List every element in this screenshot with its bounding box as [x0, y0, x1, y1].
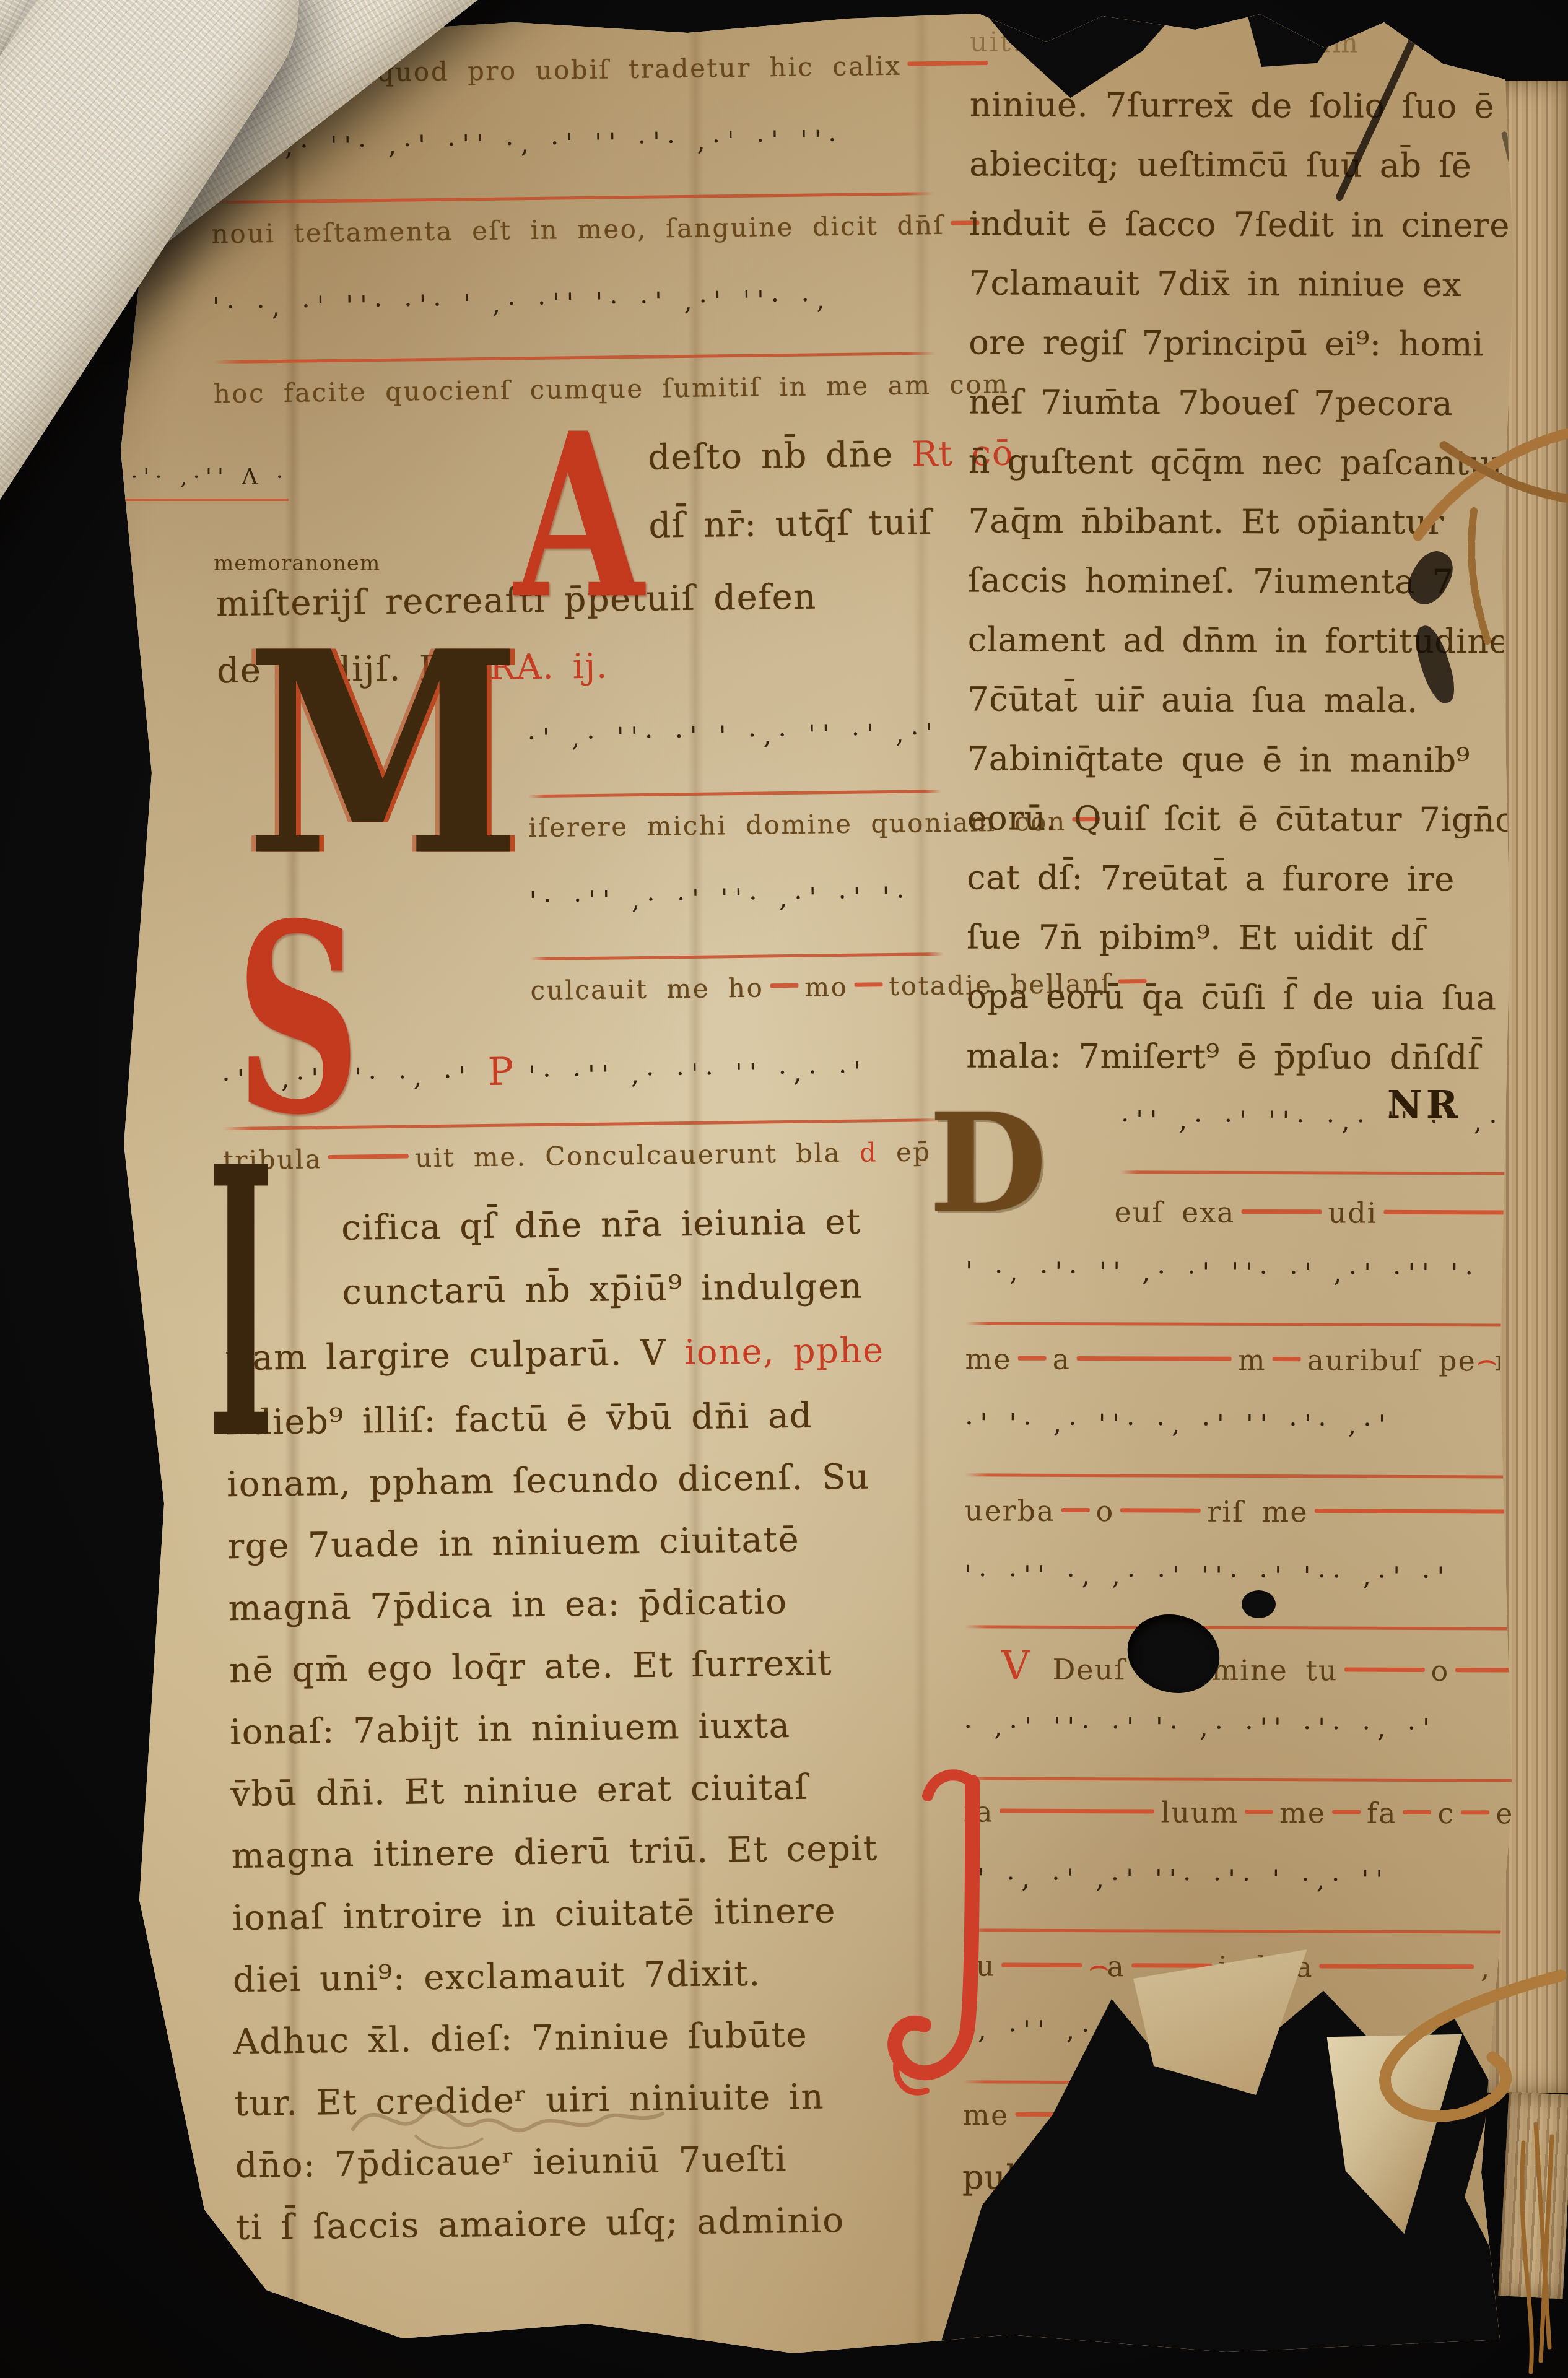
text-span: '' ·, ·' ,·' ''· ·'· ' ·,· '' [964, 1863, 1390, 1894]
binding-cord-lower [1331, 1938, 1568, 2378]
text-span: a [1052, 1343, 1071, 1376]
text-span: ⌢ [1088, 1947, 1107, 1984]
neume-line: ·' ,· ''· ·' ' ·,· '' ·' ,·' [527, 709, 949, 812]
text-line: ſue 7n̄ pibim⁹. Et uidit dſ̄ [967, 917, 1543, 978]
text-span: ep̄ [878, 1136, 931, 1167]
text-span: nē qm̄ ego loq̄r ate. Et ſurrexit [229, 1643, 833, 1691]
text-line: ionaſ: 7abijt in niniuem iuxta [230, 1704, 961, 1774]
staff-filler [854, 982, 882, 987]
text-line: ti ſ̄ ſaccis amaiore uſq; adminio [236, 2199, 967, 2270]
text-span: ore regiſ 7principū ei⁹: homi [969, 323, 1484, 364]
text-line: ionaſ introire in ciuitatē itinere [232, 1889, 964, 1960]
text-span: 7clamauit 7dix̄ in niniue ex [969, 263, 1462, 304]
photo-background: se corpus quod pro uobiſ tradetur hic ca… [0, 0, 1568, 2378]
text-span: 7abiniq̄tate que ē in manib⁹ [967, 739, 1470, 780]
text-span: magnā 7p̄dica in ea: p̄dicatio [228, 1582, 788, 1629]
text-span: ' ·, ·'· '' ,· ·' ''· ·' ,·' ·'' '· [965, 1256, 1480, 1288]
initial-A: A [514, 403, 644, 629]
text-line: niniue. 7ſurrex̄ de ſolio ſuo ē 7 [970, 85, 1546, 146]
staff-filler [1245, 1810, 1273, 1814]
text-line: rge 7uade in niniuem ciuitatē [227, 1518, 959, 1588]
text-span: culcauit me ho [530, 973, 764, 1006]
text-span: ionaſ introire in ciuitatē itinere [232, 1891, 837, 1938]
text-span: deſto nb̄ dn̄e [648, 435, 912, 478]
text-span: tiam largire culparū. V [225, 1333, 684, 1378]
text-span: eorū. Quiſ ſcit ē c̄ūtatur 7ign̄o [967, 798, 1516, 839]
text-span: mala: 7miſert⁹ ē p̄pſuo dn̄ſdſ̄ [966, 1036, 1480, 1077]
text-line: noui teſtamenta eſt in meo, ſanguine dic… [211, 210, 943, 283]
text-span: ⌢ [1476, 1341, 1495, 1378]
text-span: ionaſ: 7abijt in niniuem iuxta [230, 1705, 791, 1753]
staff-filler [1242, 1209, 1322, 1214]
text-line: culcauit me homototadie bellanſ [530, 970, 952, 1040]
text-span: fa [1367, 1797, 1397, 1830]
text-line: dſ̄ nr̄: utq̄ſ tuiſ [648, 502, 946, 579]
text-line: cunctarū nb̄ xp̄iū⁹ indulgen [342, 1265, 956, 1337]
text-span: cifica qſ̄ dn̄e nr̄a ieiunia et [341, 1202, 861, 1248]
text-line: uerbaoriſ me⌢⌢⌢⌢ [965, 1491, 1541, 1553]
text-line: 7abiniq̄tate que ē in manib⁹ [967, 739, 1543, 800]
neume-line: '· ·, ·' ''· ·'· ' ,· ·'' '· ·' ,·' ''· … [212, 274, 944, 378]
manuscript-page: se corpus quod pro uobiſ tradetur hic ca… [81, 5, 1523, 2362]
text-span: uit me. Conculcauerunt bla [415, 1138, 860, 1174]
staff-filler [770, 983, 798, 988]
neume-line: '' ·, ·' ,·' ''· ·'· ' ·,· '' [963, 1854, 1540, 1948]
staff-filler [1120, 1508, 1201, 1512]
neume-line: · ,·' ''· ·' '· ,· ·'' ·'· ·, ·' [964, 1702, 1540, 1797]
text-line: 7c̄ūtat̄ uir̄ auia ſua mala. [967, 679, 1543, 741]
neume-line: ·' '· ,· ''· ·, ·' '' ·'· ,·' [965, 1399, 1541, 1493]
text-span: V [1001, 1644, 1053, 1689]
text-span: ione, pphe [684, 1330, 884, 1373]
text-span: uerba [965, 1494, 1055, 1528]
text-line: ore regiſ 7principū ei⁹: homi [969, 323, 1544, 384]
text-span: m [1238, 1343, 1266, 1377]
text-span: luum [1161, 1795, 1239, 1829]
staff-filler [1273, 1357, 1301, 1361]
text-line: 7clamauit 7dix̄ in niniue ex [969, 263, 1545, 324]
text-span: cat dſ̄: 7reūtat̄ a furore ire [967, 858, 1455, 899]
text-span: induit ē ſacco 7ſedit in cinere [969, 204, 1510, 245]
text-span: udi [1328, 1196, 1377, 1229]
text-span: niniue. 7ſurrex̄ de ſolio ſuo ē 7 [970, 85, 1533, 126]
initial-M: M [245, 615, 521, 894]
text-line: V Deuſ innomine tuo [1001, 1644, 1540, 1705]
text-span: 7aq̄m n̄bibant. Et op̄iantur [968, 501, 1444, 542]
text-span: magna itinere dierū triū. Et cepit [231, 1828, 878, 1876]
initial-long-s: ʃ [93, 1318, 138, 1631]
initial-J-flourish [879, 1764, 1022, 2135]
margin-neums: · ·'· ,·'' Λ · [105, 466, 289, 501]
staff-filler [1077, 1356, 1232, 1361]
text-span: v̄bū dn̄i. Et niniue erat ciuitaſ [230, 1767, 809, 1814]
staff-filler [1018, 1356, 1047, 1361]
text-span: cunctarū nb̄ xp̄iū⁹ indulgen [342, 1266, 863, 1313]
text-span: neſ 7ium̄ta 7boueſ 7pecora [969, 382, 1453, 423]
staff-filler [1000, 1809, 1155, 1814]
text-span: ·' ,· ''· ·' ' ·,· '' ·' ,·' [527, 718, 939, 753]
text-span: me [965, 1342, 1012, 1375]
text-line: abiecitq; ueſtimc̄ū ſuū ab̄ ſē [969, 144, 1545, 206]
text-span: riſ me [1207, 1495, 1308, 1529]
text-span: rge 7uade in niniuem ciuitatē [227, 1520, 799, 1567]
text-line: magnā 7p̄dica in ea: p̄dicatio [228, 1580, 959, 1650]
neume-line: '· ·'' ,· ·' ''· ,·' ·' '· [529, 872, 951, 975]
text-span: · ,·' ''· ·' '· ,· ·'' ·'· ·, ·' [964, 1711, 1437, 1743]
text-span: opa eorū q̄a c̄ūſi ſ̄ de uia ſua [967, 977, 1497, 1017]
text-span: me [1279, 1796, 1326, 1829]
text-line: cifica qſ̄ dn̄e nr̄a ieiunia et [341, 1201, 955, 1273]
initial-D: D [929, 1095, 1047, 1231]
text-span: ndieb⁹ illiſ: factū ē v̄bū dn̄i ad [226, 1396, 813, 1444]
label-NR: NR [1387, 1086, 1461, 1124]
text-span: euſ exa [1114, 1195, 1235, 1229]
text-line: induit ē ſacco 7ſedit in cinere [969, 204, 1545, 265]
staff-filler [1131, 1963, 1212, 1967]
neume-line: ·'' ,· ·' ''· ·,· '' ·' ,·' ·'· [1121, 1096, 1543, 1190]
staff-filler [1344, 1668, 1424, 1672]
text-line: cat dſ̄: 7reūtat̄ a furore ire [967, 858, 1543, 919]
text-span: '· ·'' ,· ·' ''· ,·' ·' '· [529, 881, 912, 917]
text-line: nē qm̄ ego loq̄r ate. Et ſurrexit [229, 1642, 960, 1712]
text-line: ionam, ppham ſecundo dicenſ. Su [227, 1456, 958, 1527]
text-line: diei uni⁹: exclamauit 7dixit. [233, 1951, 964, 2022]
text-span: c [1437, 1797, 1455, 1830]
neume-line: ' ·, ·'· '' ,· ·' ''· ·' ,·' ·'' '· [965, 1247, 1542, 1341]
text-span: Adhuc x̄l. dieſ: 7niniue ſubūte [233, 2015, 808, 2062]
initial-I: I [207, 1120, 274, 1490]
text-line: opa eorū q̄a c̄ūſi ſ̄ de uia ſua [966, 977, 1542, 1038]
text-span: ſue 7n̄ pibim⁹. Et uidit dſ̄ [967, 917, 1425, 958]
text-span: o [1431, 1654, 1449, 1688]
text-span: d [860, 1137, 878, 1167]
text-line: tiam largire culparū. V ione, pphe [225, 1330, 956, 1403]
text-line: eorū. Quiſ ſcit ē c̄ūtatur 7ign̄o [967, 798, 1543, 860]
staff-filler [1403, 1810, 1431, 1814]
staff-filler [1461, 1810, 1489, 1814]
text-span: ·' '· ,· ''· ·, ·' '' ·'· ,·' [965, 1408, 1392, 1439]
parchment-hole [1242, 1590, 1276, 1618]
text-line: ſaluummefacet inuirtute [964, 1795, 1540, 1856]
text-span: diei uni⁹: exclamauit 7dixit. [233, 1954, 761, 2000]
binding-cord-upper [1381, 396, 1568, 669]
text-line: deſto nb̄ dn̄e Rt cō [648, 434, 946, 506]
text-span: P [487, 1048, 514, 1094]
text-line: iſerere michi domine quoniam con [528, 808, 950, 877]
text-line: magna itinere dierū triū. Et cepit [231, 1827, 962, 1898]
margin-note: memoranonem [214, 553, 380, 574]
text-line: ndieb⁹ illiſ: factū ē v̄bū dn̄i ad [226, 1394, 957, 1465]
text-line: v̄bū dn̄i. Et niniue erat ciuitaſ [230, 1766, 962, 1836]
text-span: o [1095, 1494, 1114, 1528]
text-span: ti ſ̄ ſaccis amaiore uſq; adminio [236, 2200, 845, 2248]
staff-filler [1332, 1810, 1361, 1814]
text-span: abiecitq; ueſtimc̄ū ſuū ab̄ ſē [969, 144, 1471, 185]
text-span: mo [804, 972, 848, 1003]
text-line: meamauribuſ pe⌢rcipe⌢⌢ [965, 1339, 1541, 1401]
ownership-signature [341, 2067, 687, 2166]
neume-line: · '· ,· ''· ,·' ·'' ·, ·' '' ·'· ,·' ·' … [211, 115, 943, 219]
text-span: '· ·'' ,· ·'· '' ·,· ·' [513, 1056, 868, 1091]
staff-filler [1061, 1508, 1090, 1512]
text-span: a [1107, 1949, 1126, 1983]
text-span: '· ·, ·' ''· ·'· ' ,· ·'' '· ·' ,·' ''· … [212, 284, 832, 322]
text-span: '· ·'' ·, ,· ·' ''· ·' '·· ,·' ·' [964, 1559, 1451, 1592]
text-span: ·'' ,· ·' ''· ·,· '' ·' ,·' ·'· [1121, 1105, 1568, 1137]
text-span: auribuſ pe [1307, 1343, 1476, 1377]
text-span: ionam, ppham ſecundo dicenſ. Su [227, 1457, 870, 1505]
text-span: 7c̄ūtat̄ uir̄ auia ſua mala. [967, 679, 1418, 720]
text-line: euſ exaudiorationem R. [1114, 1188, 1541, 1249]
text-span: dſ̄ nr̄: utq̄ſ tuiſ [648, 502, 933, 546]
